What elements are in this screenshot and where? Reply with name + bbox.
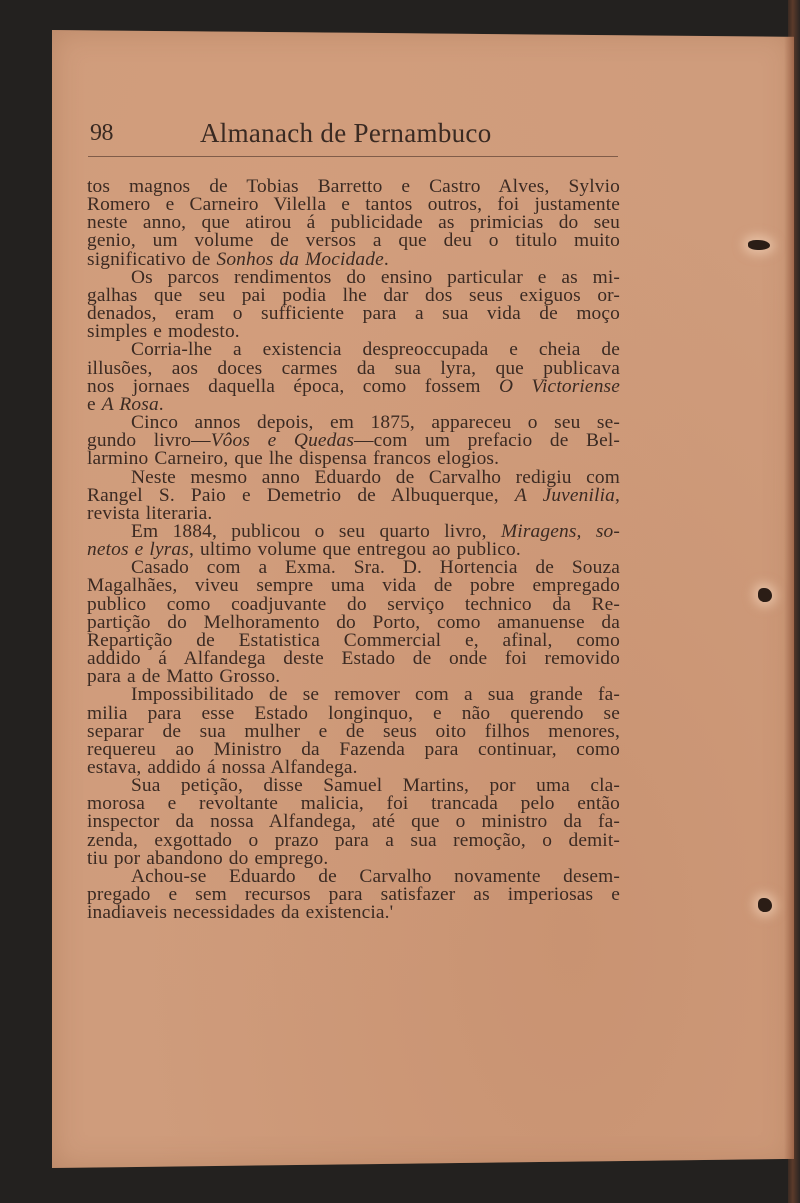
paragraph: Sua petição, disse Samuel Martins, por u…	[87, 777, 620, 868]
text-line: larmino Carneiro, que lhe dispensa franc…	[87, 450, 620, 468]
body-text: tos magnos de Tobias Barretto e Castro A…	[87, 178, 620, 922]
binding-hole-middle	[758, 588, 772, 602]
text-line: milia para esse Estado longinquo, e não …	[87, 705, 620, 723]
paragraph: Os parcos rendimentos do ensino particul…	[87, 269, 620, 342]
binding-hole-bottom	[758, 898, 772, 912]
text-line: inadiaveis necessidades da existencia.'	[87, 904, 620, 922]
page-binding-shadow	[784, 30, 794, 1168]
text-line: Corria-lhe a existencia despreoccupada e…	[87, 341, 620, 359]
binding-hole-top	[748, 240, 770, 250]
text-line: nos jornaes daquella época, como fossem …	[87, 378, 620, 396]
page-number: 98	[90, 120, 113, 147]
italic-title: A Juvenilia	[515, 485, 615, 506]
text-line: Magalhães, viveu sempre uma vida de pobr…	[87, 577, 620, 595]
paragraph: Neste mesmo anno Eduardo de Carvalho red…	[87, 469, 620, 523]
italic-title: O Victoriense	[499, 376, 620, 397]
header-rule	[88, 156, 618, 157]
running-title: Almanach de Pernambuco	[200, 118, 492, 149]
paragraph: tos magnos de Tobias Barretto e Castro A…	[87, 178, 620, 269]
running-header: 98 Almanach de Pernambuco	[90, 116, 616, 156]
text-line: inspector da nossa Alfandega, até que o …	[87, 813, 620, 831]
text-line: Impossibilitado de se remover com a sua …	[87, 686, 620, 704]
paragraph: Achou-se Eduardo de Carvalho novamente d…	[87, 868, 620, 922]
paragraph: Em 1884, publicou o seu quarto livro, Mi…	[87, 523, 620, 559]
paragraph: Impossibilitado de se remover com a sua …	[87, 686, 620, 777]
paragraph: Casado com a Exma. Sra. D. Hortencia de …	[87, 559, 620, 686]
paragraph: Cinco annos depois, em 1875, appareceu o…	[87, 414, 620, 468]
paragraph: Corria-lhe a existencia despreoccupada e…	[87, 341, 620, 414]
